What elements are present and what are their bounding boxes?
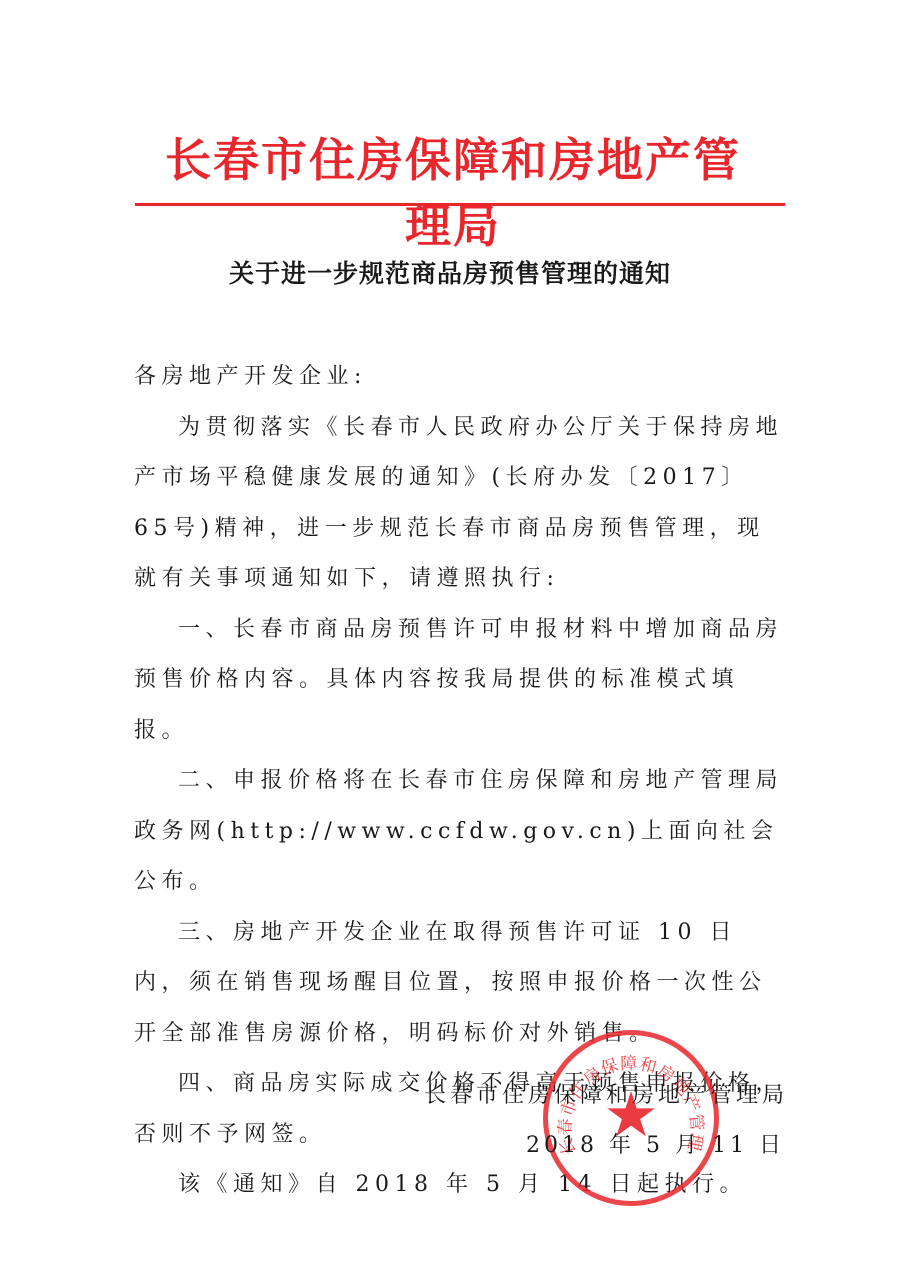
document-title: 关于进一步规范商品房预售管理的通知: [0, 254, 900, 290]
letterhead-org-name: 长春市住房保障和房地产管理局: [143, 124, 763, 256]
letterhead-divider: [135, 203, 785, 206]
item-2: 二、申报价格将在长春市住房保障和房地产管理局政务网(http://www.ccf…: [134, 756, 784, 908]
intro-paragraph: 为贯彻落实《长春市人民政府办公厅关于保持房地产市场平稳健康发展的通知》(长府办发…: [134, 403, 784, 605]
item-1: 一、长春市商品房预售许可申报材料中增加商品房预售价格内容。具体内容按我局提供的标…: [134, 605, 784, 757]
official-seal: 长春市住房保障和房地产管理局 ★: [543, 1030, 719, 1206]
signature: 长春市住房保障和房地产管理局: [424, 1078, 788, 1109]
salutation: 各房地产开发企业:: [134, 352, 784, 403]
issue-date: 2018 年 5 月 11 日: [526, 1128, 785, 1159]
